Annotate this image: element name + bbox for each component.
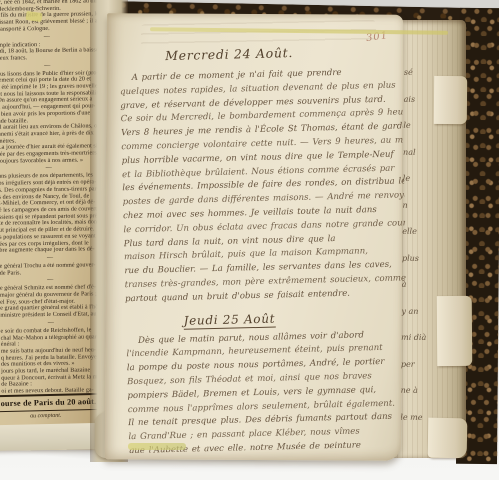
entry-paragraph-mercredi: A partir de ce moment je n'ai fait que p… xyxy=(120,65,408,306)
newspaper-column: ur, née en 1842, et mariée en 1862 au du… xyxy=(0,0,103,396)
page-tab-middle xyxy=(437,296,472,366)
yellow-edge-stain-bottom xyxy=(128,443,186,450)
photograph-of-open-diary: séaislenallenelleplusày anmi diàperne àl… xyxy=(0,0,499,480)
text-line: le xyxy=(403,166,459,193)
manuscript-page: 301 Mercredi 24 Août. A partir de ce mom… xyxy=(105,13,403,461)
text-line: plus xyxy=(402,245,458,272)
text-line: n xyxy=(402,192,458,219)
page-tab-lower xyxy=(428,418,468,459)
bourse-subheader: au comptant. xyxy=(0,411,103,422)
text-line: elle xyxy=(402,219,458,246)
text-line: nal xyxy=(403,139,459,166)
entry-paragraph-jeudi: Dès que le matin parut, nous allâmes voi… xyxy=(126,328,411,453)
entry-heading-jeudi-text: Jeudi 25 Août xyxy=(183,311,275,329)
text-line: t bien avoir pris les proportions d'une xyxy=(0,110,100,118)
entry-heading-jeudi: Jeudi 25 Août xyxy=(183,308,407,327)
text-line: à xyxy=(402,272,458,299)
text-line: udi, 18 août, la Bourse de Berlin a bais… xyxy=(0,47,99,55)
text-line: nnemi s'était avancé hier, à près de dix xyxy=(0,130,100,138)
text-line: e général Trochu a été nommé gouver- xyxy=(0,262,102,270)
page-tab-upper xyxy=(434,76,467,124)
handwritten-text: Mercredi 24 Août. A partir de ce moment … xyxy=(119,42,411,453)
